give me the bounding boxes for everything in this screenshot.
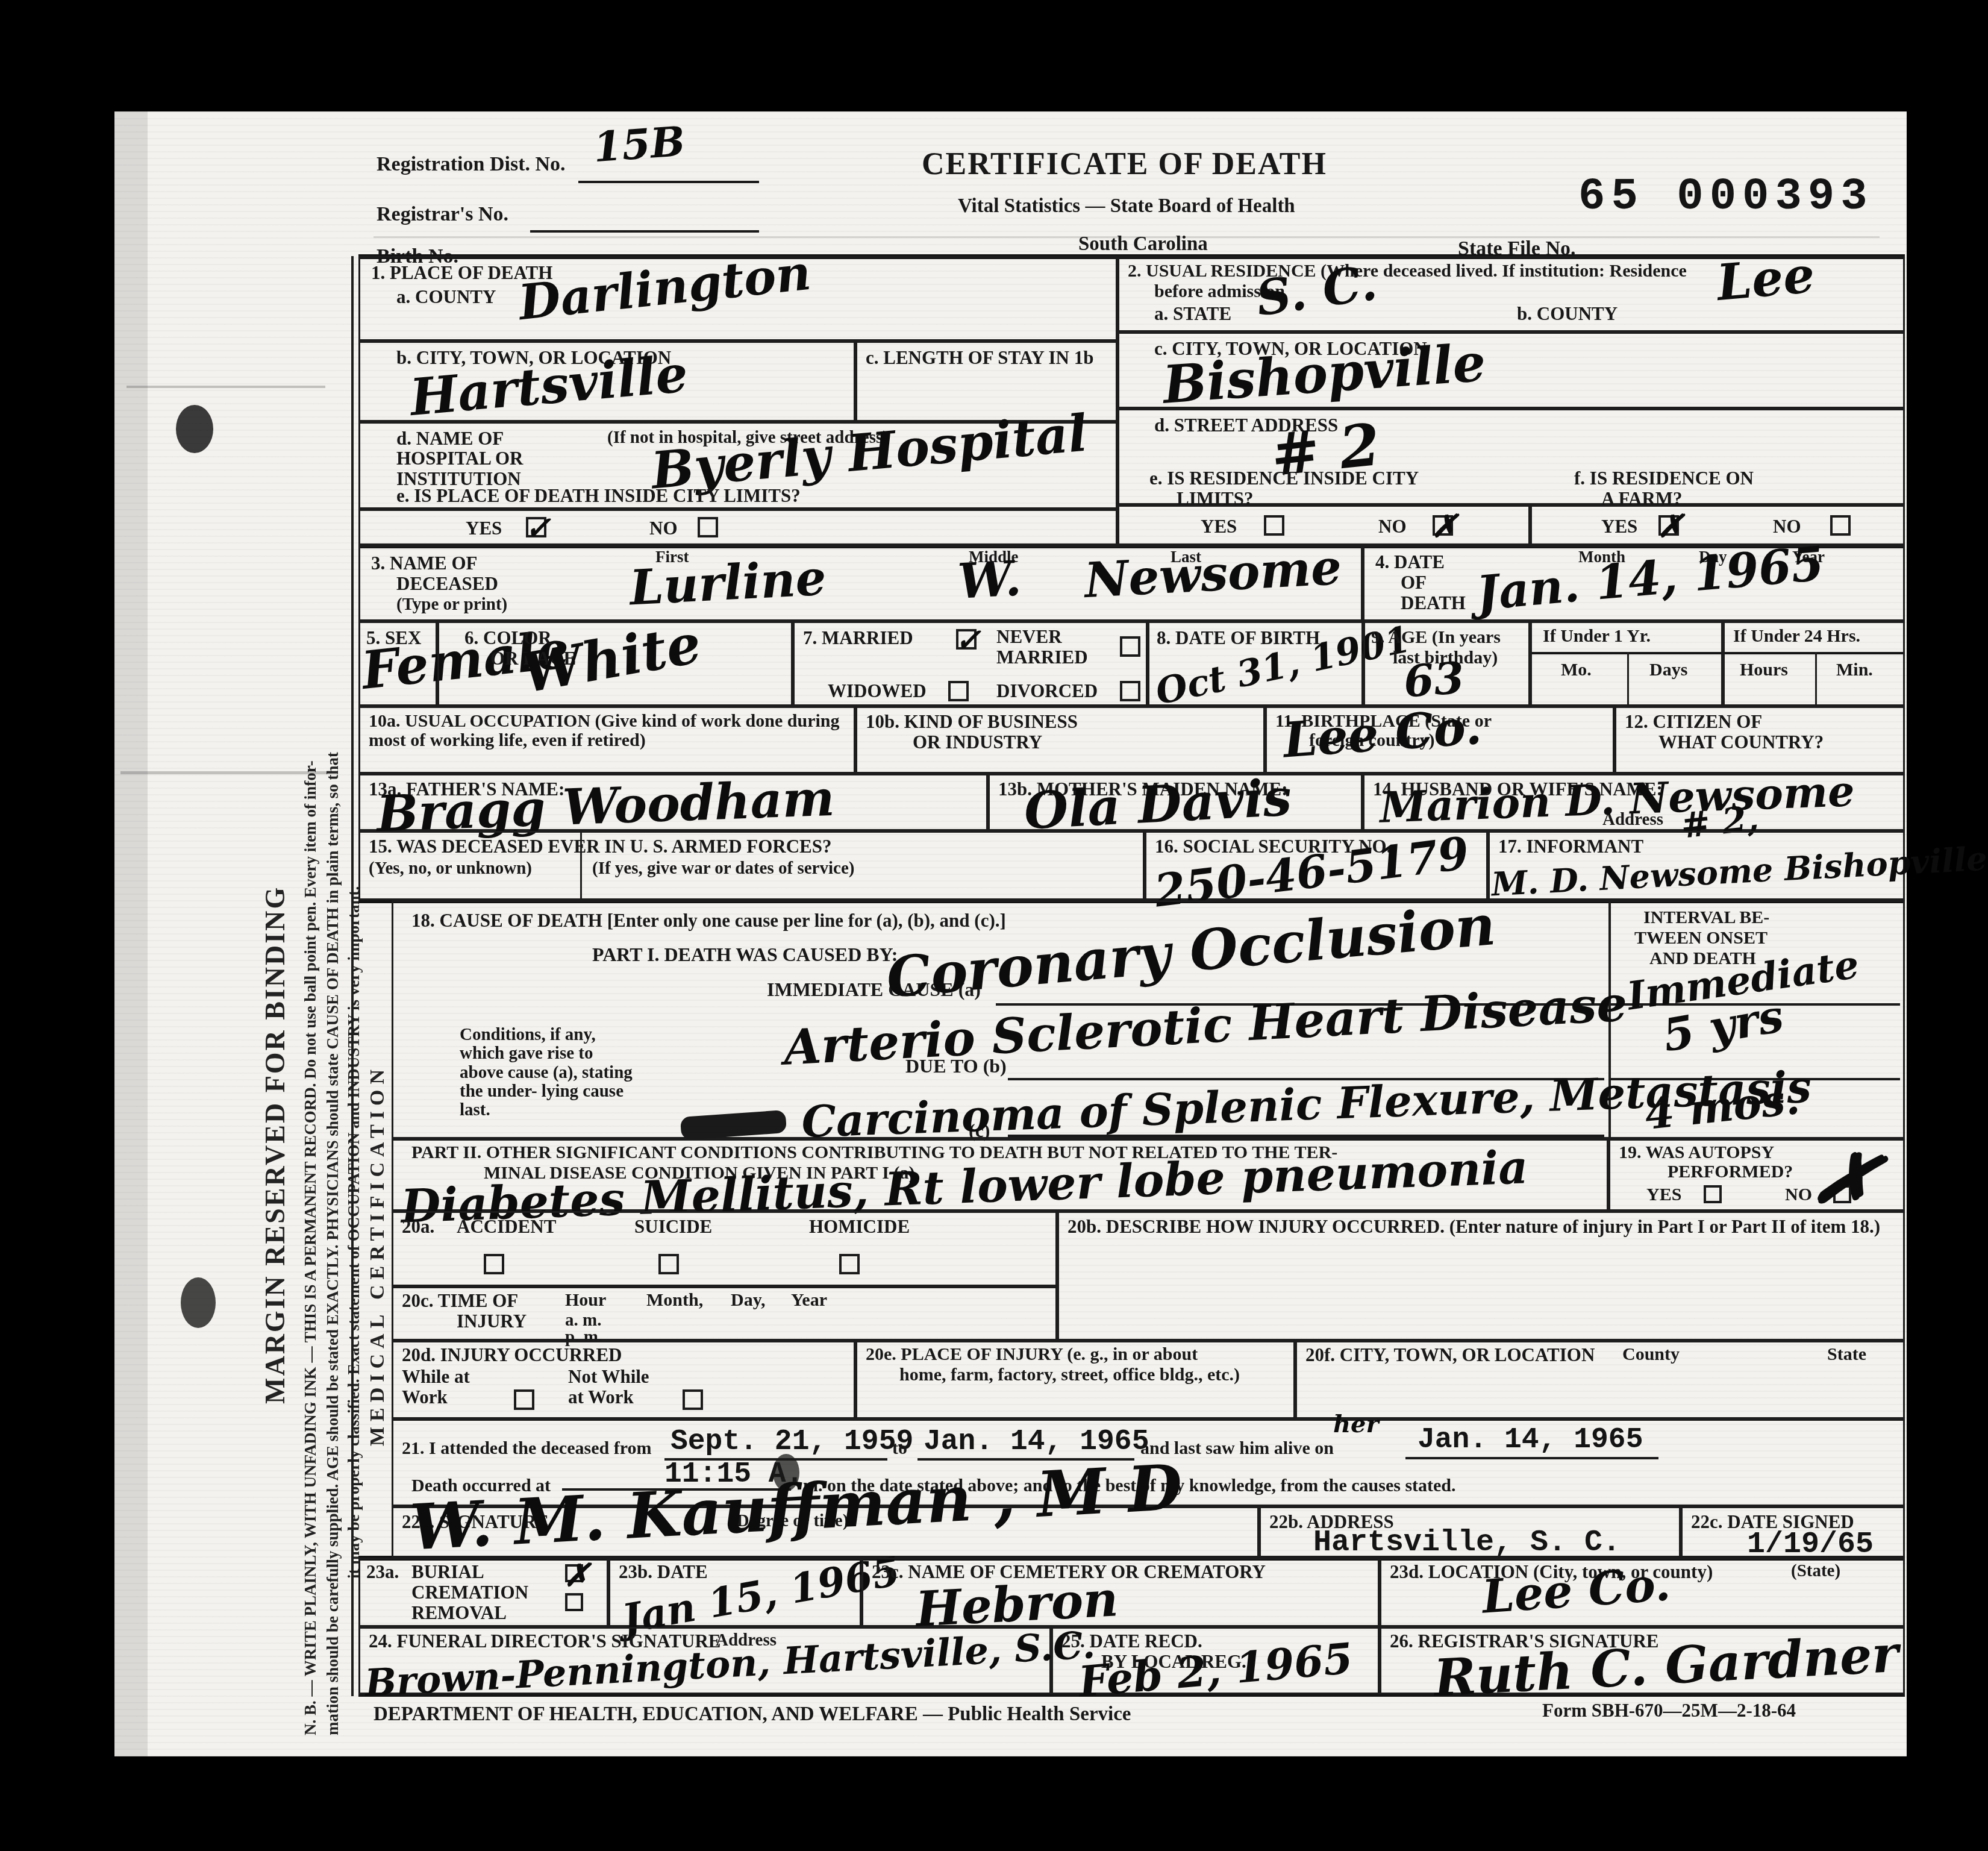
residence-inside-city-label: e. IS RESIDENCE INSIDE CITY [1149, 468, 1419, 488]
suicide-label: SUICIDE [634, 1217, 712, 1236]
registration-dist-value: 15B [592, 117, 686, 172]
cell-7: 7. MARRIED ✓ NEVER MARRIED WIDOWED DIVOR… [793, 621, 1148, 706]
cell-9-under24hr: If Under 24 Hrs. Hours Min. [1723, 621, 1905, 706]
place-of-injury-label2: home, farm, factory, street, office bldg… [899, 1365, 1240, 1385]
not-while-at-work-label: Not While [568, 1367, 649, 1386]
checkbox-accident [484, 1254, 504, 1274]
cell-20d: 20d. INJURY OCCURRED While at Work Not W… [392, 1341, 855, 1419]
yes-label: YES [1201, 516, 1237, 536]
type-or-print-note: (Type or print) [396, 595, 507, 614]
registration-dist-label: Registration Dist. No. [377, 154, 566, 176]
certificate-state: South Carolina [1078, 234, 1208, 255]
hours-header: Hours [1740, 660, 1788, 680]
age-label: 9. AGE (In years [1371, 628, 1501, 647]
name-of-deceased-label2: DECEASED [396, 574, 498, 594]
armed-forces-label: 15. WAS DECEASED EVER IN U. S. ARMED FOR… [369, 836, 832, 856]
margin-note-line3: it may be properly classified. Exact sta… [345, 886, 363, 1579]
medical-certification-label: MEDICAL CERTIFICATION [366, 1064, 389, 1446]
citizen-label: 12. CITIZEN OF [1625, 712, 1762, 731]
no-label: NO [649, 518, 678, 538]
cell-20e: 20e. PLACE OF INJURY (e. g., in or about… [855, 1341, 1295, 1419]
cell-15: 15. WAS DECEASED EVER IN U. S. ARMED FOR… [358, 831, 1145, 900]
under-1yr-header: If Under 1 Yr. [1543, 627, 1651, 646]
hole-punch-mark [176, 405, 213, 453]
checkbox-suicide [658, 1254, 679, 1274]
margin-binding-note: MARGIN RESERVED FOR BINDING [259, 886, 291, 1404]
informant-label: 17. INFORMANT [1498, 836, 1643, 856]
rule [1725, 652, 1903, 654]
yes-label: YES [466, 518, 502, 538]
usual-residence-label: 2. USUAL RESIDENCE (Where deceased lived… [1128, 262, 1687, 281]
date-of-death-label3: DEATH [1401, 593, 1466, 613]
her-correction: her [1333, 1410, 1379, 1438]
cell-2f: f. IS RESIDENCE ON A FARM? YES ✗ NO [1530, 505, 1905, 545]
checkbox-autopsy-yes [1704, 1185, 1722, 1203]
cross-mark: ✗ [564, 1557, 590, 1594]
check-mark: ✓ [525, 510, 551, 547]
death-certificate-scan: MARGIN RESERVED FOR BINDING N. B. — WRIT… [0, 0, 1988, 1851]
checkbox-burial: ✗ [565, 1564, 583, 1582]
scan-streak [127, 386, 325, 388]
to-word: to [892, 1439, 907, 1458]
residence-county-value: Lee [1714, 246, 1817, 312]
certificate-title: CERTIFICATE OF DEATH [922, 148, 1327, 181]
kind-of-business-label2: OR INDUSTRY [913, 732, 1042, 752]
while-at-work-label: While at [402, 1367, 470, 1386]
footer-form-number: Form SBH-670—25M—2-18-64 [1542, 1700, 1796, 1720]
cell-1e: e. IS PLACE OF DEATH INSIDE CITY LIMITS?… [358, 509, 1117, 545]
checkbox-not-while-at-work [683, 1389, 703, 1410]
county-label: a. COUNTY [396, 287, 496, 307]
never-married-label2: MARRIED [996, 647, 1088, 667]
hour-label: Hour [565, 1291, 606, 1310]
deceased-middle-name: W. [957, 550, 1023, 609]
cell-10a: 10a. USUAL OCCUPATION (Give kind of work… [358, 706, 855, 774]
item-23a-number: 23a. [366, 1562, 399, 1582]
cell-9-under1yr: If Under 1 Yr. Mo. Days [1530, 621, 1723, 706]
margin-note-line1: N. B. — WRITE PLAINLY, WITH UNFADING INK… [301, 760, 320, 1735]
burial-label: BURIAL [411, 1562, 484, 1582]
rule [1627, 652, 1629, 704]
days-header: Days [1649, 660, 1687, 680]
checkbox-1e-yes: ✓ [526, 517, 546, 537]
hospital-label: d. NAME OF HOSPITAL OR INSTITUTION [396, 428, 595, 489]
age-value: 63 [1402, 652, 1466, 707]
autopsy-label: 19. WAS AUTOPSY [1619, 1143, 1774, 1162]
part1-label: PART I. DEATH WAS CAUSED BY: [592, 944, 898, 965]
margin-note-line2: mation should be carefully supplied. AGE… [324, 752, 342, 1735]
residence-county-label: b. COUNTY [1517, 304, 1618, 324]
armed-forces-note1: (Yes, no, or unknown) [369, 859, 532, 878]
date-signed-value: 1/19/65 [1747, 1527, 1874, 1562]
month-label: Month, [646, 1291, 703, 1310]
residence-state-label: a. STATE [1154, 304, 1231, 324]
state-header: State [1827, 1345, 1866, 1364]
residence-on-farm-label: f. IS RESIDENCE ON [1574, 468, 1754, 488]
footer-department: DEPARTMENT OF HEALTH, EDUCATION, AND WEL… [374, 1704, 1131, 1726]
cross-mark: ✗ [1431, 508, 1458, 545]
registration-dist-line [578, 181, 759, 183]
citizen-label2: WHAT COUNTRY? [1658, 732, 1824, 752]
time-of-injury-label: 20c. TIME OF [402, 1291, 518, 1311]
conditions-note: Conditions, if any, which gave rise to a… [460, 1026, 640, 1120]
date-of-death-label: 4. DATE [1375, 552, 1445, 572]
cause-of-death-label: 18. CAUSE OF DEATH [Enter only one cause… [411, 910, 1006, 930]
residence-on-farm-label2: A FARM? [1601, 489, 1683, 509]
date-of-death-label2: OF [1401, 572, 1427, 592]
interval-header2: TWEEN ONSET [1634, 929, 1768, 948]
widowed-label: WIDOWED [828, 681, 927, 701]
cell-10b: 10b. KIND OF BUSINESS OR INDUSTRY [855, 706, 1265, 774]
day-label: Day, [731, 1291, 766, 1310]
registrars-no-line [530, 230, 759, 233]
no-label: NO [1378, 516, 1407, 536]
last-alive-date: Jan. 14, 1965 [1418, 1424, 1643, 1456]
checkbox-married: ✓ [956, 629, 977, 650]
certificate-subtitle: Vital Statistics — State Board of Health [958, 196, 1295, 218]
burial-location-state-label: (State) [1791, 1562, 1840, 1580]
address-value: Hartsville, S. C. [1313, 1526, 1621, 1560]
rule [580, 833, 582, 898]
checkbox-1e-no [698, 517, 718, 537]
death-inside-city-label: e. IS PLACE OF DEATH INSIDE CITY LIMITS? [396, 486, 801, 506]
cell-20f: 20f. CITY, TOWN, OR LOCATION County Stat… [1295, 1341, 1905, 1419]
checkbox-never-married [1120, 636, 1140, 657]
removal-label: REMOVAL [411, 1603, 507, 1623]
checkbox-cremation [565, 1593, 583, 1611]
checkbox-2f-yes: ✗ [1658, 515, 1679, 536]
cremation-label: CREMATION [411, 1582, 528, 1602]
usual-occupation-label: 10a. USUAL OCCUPATION (Give kind of work… [369, 712, 845, 751]
county-header: County [1622, 1345, 1680, 1364]
checkbox-2e-yes [1264, 515, 1284, 536]
describe-injury-label: 20b. DESCRIBE HOW INJURY OCCURRED. (Ente… [1067, 1217, 1893, 1236]
armed-forces-note2: (If yes, give war or dates of service) [592, 859, 854, 878]
attended-from-date: Sept. 21, 1959 [670, 1426, 913, 1458]
registrars-no-label: Registrar's No. [377, 204, 508, 226]
cell-20c: 20c. TIME OF INJURY Hour a. m. p. m. Mon… [392, 1286, 1057, 1341]
injury-occurred-label: 20d. INJURY OCCURRED [402, 1345, 622, 1365]
injury-city-label: 20f. CITY, TOWN, OR LOCATION [1305, 1345, 1595, 1365]
cross-mark: ✗ [1657, 508, 1684, 545]
cell-23a: 23a. BURIAL CREMATION REMOVAL ✗ [358, 1558, 608, 1627]
interval-header1: INTERVAL BE- [1643, 908, 1769, 927]
deceased-first-name: Lurline [628, 550, 828, 616]
no-label: NO [1773, 516, 1801, 536]
rule [1532, 652, 1721, 654]
checkbox-homicide [839, 1254, 860, 1274]
checkbox-2e-no: ✗ [1433, 515, 1453, 536]
paper-edge-shadow [114, 111, 148, 1756]
binding-double-rule [351, 256, 354, 1696]
never-married-label: NEVER [996, 627, 1062, 647]
while-at-work-label2: Work [402, 1387, 448, 1407]
married-label: 7. MARRIED [803, 628, 913, 648]
time-of-injury-label2: INJURY [457, 1311, 527, 1331]
rule [1815, 652, 1817, 704]
cell-20b: 20b. DESCRIBE HOW INJURY OCCURRED. (Ente… [1057, 1211, 1905, 1341]
min-header: Min. [1836, 660, 1873, 680]
yes-label: YES [1646, 1185, 1681, 1204]
mo-header: Mo. [1561, 660, 1592, 680]
length-of-stay-label: c. LENGTH OF STAY IN 1b [866, 348, 1107, 368]
not-while-at-work-label2: at Work [568, 1387, 634, 1407]
homicide-label: HOMICIDE [809, 1217, 910, 1236]
checkbox-widowed [948, 681, 969, 701]
item-20a-number: 20a. [402, 1217, 434, 1236]
check-mark: ✓ [955, 622, 981, 659]
checkbox-divorced [1120, 681, 1140, 701]
autopsy-label2: PERFORMED? [1668, 1162, 1793, 1182]
hole-punch-mark [181, 1277, 216, 1328]
cell-12: 12. CITIZEN OF WHAT COUNTRY? [1614, 706, 1905, 774]
yes-label: YES [1601, 516, 1637, 536]
under-24hrs-header: If Under 24 Hrs. [1733, 627, 1860, 646]
kind-of-business-label: 10b. KIND OF BUSINESS [866, 712, 1078, 731]
attended-pre-text: 21. I attended the deceased from [402, 1439, 651, 1458]
cell-20a: 20a. ACCIDENT SUICIDE HOMICIDE [392, 1211, 1057, 1286]
checkbox-while-at-work [514, 1389, 534, 1410]
state-file-number-stamp: 65 000393 [1578, 172, 1874, 222]
place-of-injury-label: 20e. PLACE OF INJURY (e. g., in or about [866, 1345, 1198, 1364]
residence-inside-city-label2: LIMITS? [1177, 489, 1253, 509]
burial-date-label: 23b. DATE [619, 1562, 708, 1582]
name-of-deceased-label: 3. NAME OF [371, 553, 478, 573]
checkbox-2f-no [1830, 515, 1851, 536]
last-alive-line [1405, 1457, 1658, 1459]
divorced-label: DIVORCED [996, 681, 1098, 701]
accident-label: ACCIDENT [457, 1217, 556, 1236]
year-label: Year [791, 1291, 827, 1310]
